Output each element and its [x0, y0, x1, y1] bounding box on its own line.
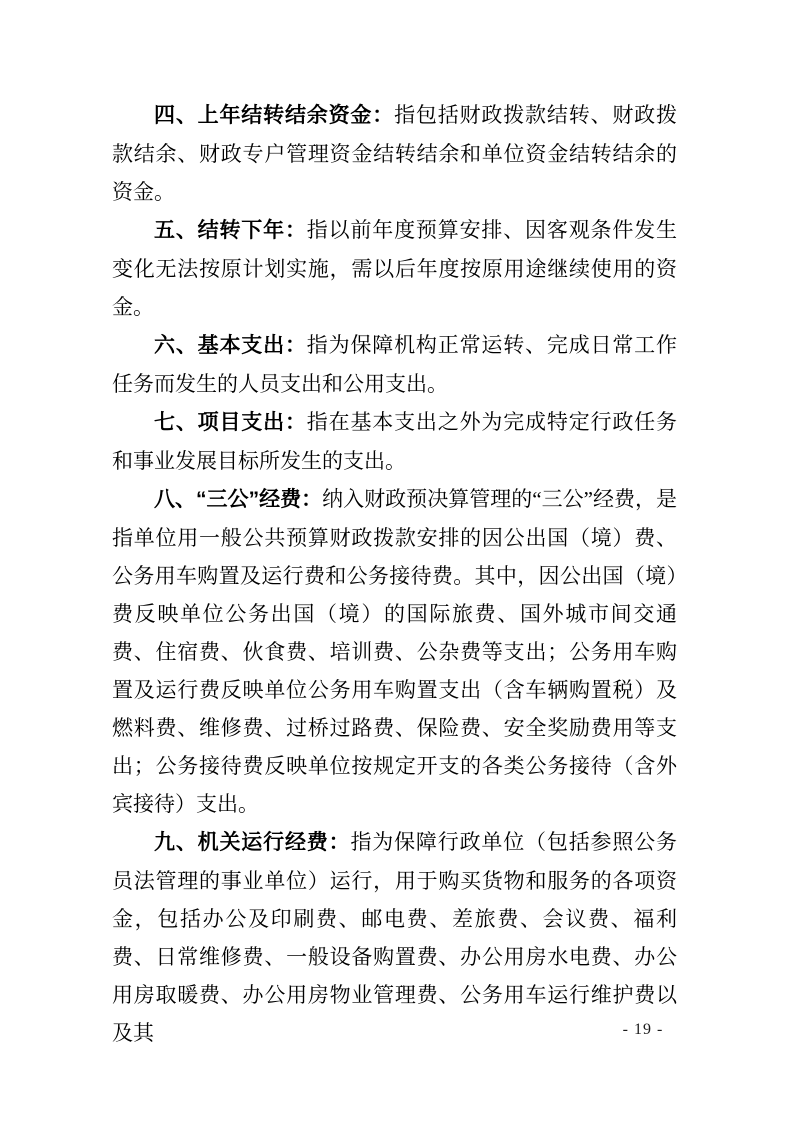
- definition-text: 纳入财政预决算管理的“三公”经费，是指单位用一般公共预算财政拨款安排的因公出国（…: [112, 487, 677, 816]
- definition-paragraph: 五、结转下年：指以前年度预算安排、因客观条件发生变化无法按原计划实施，需以后年度…: [112, 211, 677, 326]
- definition-term: 六、基本支出：: [154, 334, 307, 357]
- definition-term: 五、结转下年：: [154, 219, 307, 242]
- definition-paragraph: 九、机关运行经费：指为保障行政单位（包括参照公务员法管理的事业单位）运行，用于购…: [112, 823, 677, 1052]
- definition-term: 七、项目支出：: [154, 411, 307, 434]
- definition-text: 指为保障行政单位（包括参照公务员法管理的事业单位）运行，用于购买货物和服务的各项…: [112, 830, 677, 1045]
- definition-paragraph: 六、基本支出：指为保障机构正常运转、完成日常工作任务而发生的人员支出和公用支出。: [112, 326, 677, 403]
- definition-paragraph: 七、项目支出：指在基本支出之外为完成特定行政任务和事业发展目标所发生的支出。: [112, 403, 677, 480]
- definition-term: 八、“三公”经费：: [154, 488, 322, 511]
- definition-paragraph: 四、上年结转结余资金：指包括财政拨款结转、财政拨款结余、财政专户管理资金结转结余…: [112, 96, 677, 211]
- definition-term: 四、上年结转结余资金：: [154, 104, 394, 127]
- definition-term: 九、机关运行经费：: [154, 831, 350, 854]
- definition-paragraph: 八、“三公”经费：纳入财政预决算管理的“三公”经费，是指单位用一般公共预算财政拨…: [112, 480, 677, 823]
- document-body: 四、上年结转结余资金：指包括财政拨款结转、财政拨款结余、财政专户管理资金结转结余…: [112, 96, 677, 1052]
- page-number: - 19 -: [593, 1020, 693, 1040]
- document-page: 四、上年结转结余资金：指包括财政拨款结转、财政拨款结余、财政专户管理资金结转结余…: [0, 0, 793, 1122]
